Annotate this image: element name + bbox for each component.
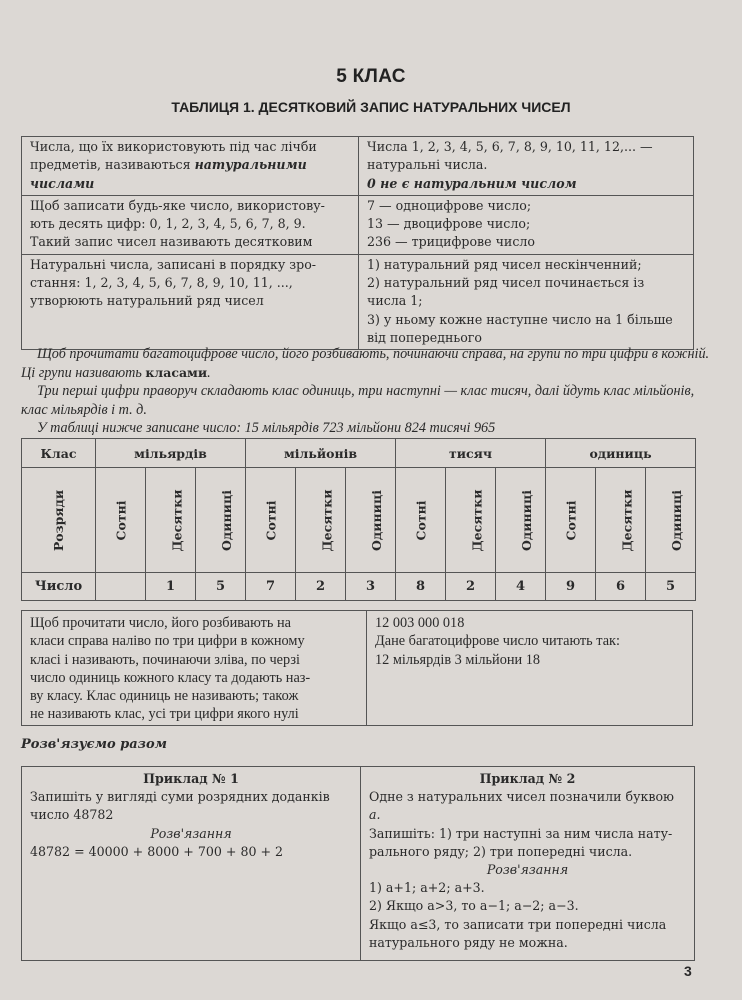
text-line: стання: 1, 2, 3, 4, 5, 6, 7, 8, 9, 10, 1…	[30, 275, 293, 290]
example-cell: Числа 1, 2, 3, 4, 5, 6, 7, 8, 9, 10, 11,…	[359, 137, 694, 196]
solution-line: 1) a+1; a+2; a+3.	[369, 879, 686, 897]
text-line: Дане багатоцифрове число читають так:	[375, 633, 620, 649]
digit-name: Одиниці	[669, 490, 684, 551]
digit-name: Сотні	[263, 500, 278, 540]
class-millions: мільйонів	[246, 439, 396, 468]
digit-name: Десятки	[470, 489, 485, 551]
solution-label: Розв'язання	[369, 861, 686, 879]
digit-cell: 2	[296, 573, 346, 601]
task-line: число 48782	[30, 806, 352, 824]
digit-cell: 1	[146, 573, 196, 601]
digit-name-cell: Десятки	[146, 468, 196, 573]
intro-paragraph: У таблиці нижче записане число: 15 мілья…	[21, 419, 711, 438]
class-billions: мільярдів	[96, 439, 246, 468]
digit-name-cell: Одиниці	[346, 468, 396, 573]
table-row: Приклад № 1 Запишіть у вигляді суми розр…	[22, 767, 695, 961]
page-number: 3	[684, 963, 692, 979]
paragraph-text: .	[207, 365, 211, 381]
example-cell: 1) натуральний ряд чисел нескінченний; 2…	[359, 254, 694, 349]
table-row: Щоб прочитати число, його розбивають на …	[22, 611, 693, 726]
digit-name-cell: Десятки	[446, 468, 496, 573]
digit-cell: 5	[196, 573, 246, 601]
digit-name: Сотні	[563, 500, 578, 540]
digit-name-cell: Сотні	[546, 468, 596, 573]
digit-cell: 8	[396, 573, 446, 601]
text-line: класи справа наліво по три цифри в кожно…	[30, 633, 305, 649]
task-line: Запишіть: 1) три наступні за ним числа н…	[369, 825, 686, 843]
text-line: 1) натуральний ряд чисел нескінченний;	[367, 257, 642, 272]
intro-paragraph: Три перші цифри праворуч складають клас …	[21, 382, 711, 419]
text-line: класі і називають, починаючи зліва, по ч…	[30, 652, 300, 668]
task-line: Одне з натуральних чисел позначили букво…	[369, 788, 686, 806]
digit-name: Десятки	[320, 489, 335, 551]
digits-label: Розряди	[51, 489, 66, 550]
digit-cell: 9	[546, 573, 596, 601]
class-label: Клас	[22, 439, 96, 468]
text-line: 2) натуральний ряд чисел починається із	[367, 275, 644, 290]
definition-cell: Натуральні числа, записані в порядку зро…	[22, 254, 359, 349]
example-1: Приклад № 1 Запишіть у вигляді суми розр…	[22, 767, 361, 961]
text-line: 12 003 000 018	[375, 615, 464, 631]
digit-name-cell: Сотні	[246, 468, 296, 573]
rule-cell: Щоб прочитати число, його розбивають на …	[22, 611, 367, 726]
example-cell: 7 — одноцифрове число; 13 — двоцифрове ч…	[359, 195, 694, 254]
examples-table: Приклад № 1 Запишіть у вигляді суми розр…	[21, 766, 695, 961]
task-line: рального ряду; 2) три попередні числа.	[369, 843, 686, 861]
digit-name: Десятки	[169, 489, 184, 551]
solution-line: натурального ряду не можна.	[369, 934, 686, 952]
digit-cell: 3	[346, 573, 396, 601]
digit-name: Одиниці	[219, 490, 234, 551]
definitions-table: Числа, що їх використовують під час лічб…	[21, 136, 694, 350]
digit-name-cell: Десятки	[296, 468, 346, 573]
paragraph-text: Щоб прочитати багатоцифрове число, його …	[21, 346, 709, 381]
text-line: Такий запис чисел називають десятковим	[30, 234, 312, 249]
digit-name-cell: Сотні	[96, 468, 146, 573]
digit-name-cell: Сотні	[396, 468, 446, 573]
solution-line: 2) Якщо a>3, то a−1; a−2; a−3.	[369, 897, 686, 915]
place-value-table: Клас мільярдів мільйонів тисяч одиниць Р…	[21, 438, 696, 601]
text-line: 13 — двоцифрове число;	[367, 216, 530, 231]
text-line: ють десять цифр: 0, 1, 2, 3, 4, 5, 6, 7,…	[30, 216, 306, 231]
digit-name-cell: Десятки	[596, 468, 646, 573]
digit-name-cell: Одиниці	[196, 468, 246, 573]
grade-heading: 5 КЛАС	[0, 66, 742, 88]
text-line: Щоб прочитати число, його розбивають на	[30, 615, 291, 631]
digit-names-row: Розряди Сотні Десятки Одиниці Сотні Деся…	[22, 468, 696, 573]
example-title: Приклад № 2	[369, 770, 686, 788]
task-line: a.	[369, 806, 686, 824]
digit-name: Десятки	[620, 489, 635, 551]
text-line: Щоб записати будь-яке число, використову…	[30, 198, 325, 213]
table-row: Щоб записати будь-яке число, використову…	[22, 195, 694, 254]
solution-line: Якщо a≤3, то записати три попередні числ…	[369, 916, 686, 934]
digit-name: Сотні	[413, 500, 428, 540]
text-line: утворюють натуральний ряд чисел	[30, 293, 264, 308]
text-line: число одиниць кожного класу та додають н…	[30, 670, 310, 686]
digit-name: Одиниці	[519, 490, 534, 551]
digit-name-cell: Одиниці	[496, 468, 546, 573]
text-line: 236 — трицифрове число	[367, 234, 535, 249]
number-row: Число 1 5 7 2 3 8 2 4 9 6 5	[22, 573, 696, 601]
class-thousands: тисяч	[396, 439, 546, 468]
intro-paragraph: Щоб прочитати багатоцифрове число, його …	[21, 345, 711, 382]
definition-cell: Числа, що їх використовують під час лічб…	[22, 137, 359, 196]
table-row: Числа, що їх використовують під час лічб…	[22, 137, 694, 196]
solution-line: 48782 = 40000 + 8000 + 700 + 80 + 2	[30, 843, 352, 861]
textbook-page: 5 КЛАС ТАБЛИЦЯ 1. ДЕСЯТКОВИЙ ЗАПИС НАТУР…	[0, 0, 742, 1000]
text-line: 3) у ньому кожне наступне число на 1 біл…	[367, 312, 673, 327]
table-heading: ТАБЛИЦЯ 1. ДЕСЯТКОВИЙ ЗАПИС НАТУРАЛЬНИХ …	[0, 99, 742, 115]
zero-note: 0 не є натуральним числом	[367, 176, 577, 191]
text-line: 7 — одноцифрове число;	[367, 198, 531, 213]
reading-rule-table: Щоб прочитати число, його розбивають на …	[21, 610, 693, 726]
solution-label: Розв'язання	[30, 825, 352, 843]
digit-cell: 5	[646, 573, 696, 601]
text-line: від попереднього	[367, 330, 482, 345]
digit-cell: 6	[596, 573, 646, 601]
text-line: ву класу. Клас одиниць не називають; так…	[30, 688, 298, 704]
text-line: 12 мільярдів 3 мільйони 18	[375, 652, 540, 668]
digit-name-cell: Одиниці	[646, 468, 696, 573]
solve-together-heading: Розв'язуємо разом	[21, 737, 167, 752]
task-line: Запишіть у вигляді суми розрядних доданк…	[30, 788, 352, 806]
digit-cell: 7	[246, 573, 296, 601]
digit-cell: 2	[446, 573, 496, 601]
digits-label-cell: Розряди	[22, 468, 96, 573]
digit-name: Одиниці	[369, 490, 384, 551]
example-text: Числа 1, 2, 3, 4, 5, 6, 7, 8, 9, 10, 11,…	[367, 139, 653, 172]
text-line: Натуральні числа, записані в порядку зро…	[30, 257, 316, 272]
intro-text: Щоб прочитати багатоцифрове число, його …	[21, 345, 711, 438]
class-units: одиниць	[546, 439, 696, 468]
table-row: Натуральні числа, записані в порядку зро…	[22, 254, 694, 349]
example-2: Приклад № 2 Одне з натуральних чисел поз…	[361, 767, 695, 961]
class-header-row: Клас мільярдів мільйонів тисяч одиниць	[22, 439, 696, 468]
term-classes: класами	[145, 365, 207, 380]
digit-name: Сотні	[113, 500, 128, 540]
digit-cell: 4	[496, 573, 546, 601]
definition-cell: Щоб записати будь-яке число, використову…	[22, 195, 359, 254]
text-line: не називають клас, усі три цифри якого н…	[30, 706, 299, 722]
number-label: Число	[22, 573, 96, 601]
text-line: числа 1;	[367, 293, 423, 308]
example-title: Приклад № 1	[30, 770, 352, 788]
example-cell: 12 003 000 018 Дане багатоцифрове число …	[367, 611, 693, 726]
digit-cell	[96, 573, 146, 601]
